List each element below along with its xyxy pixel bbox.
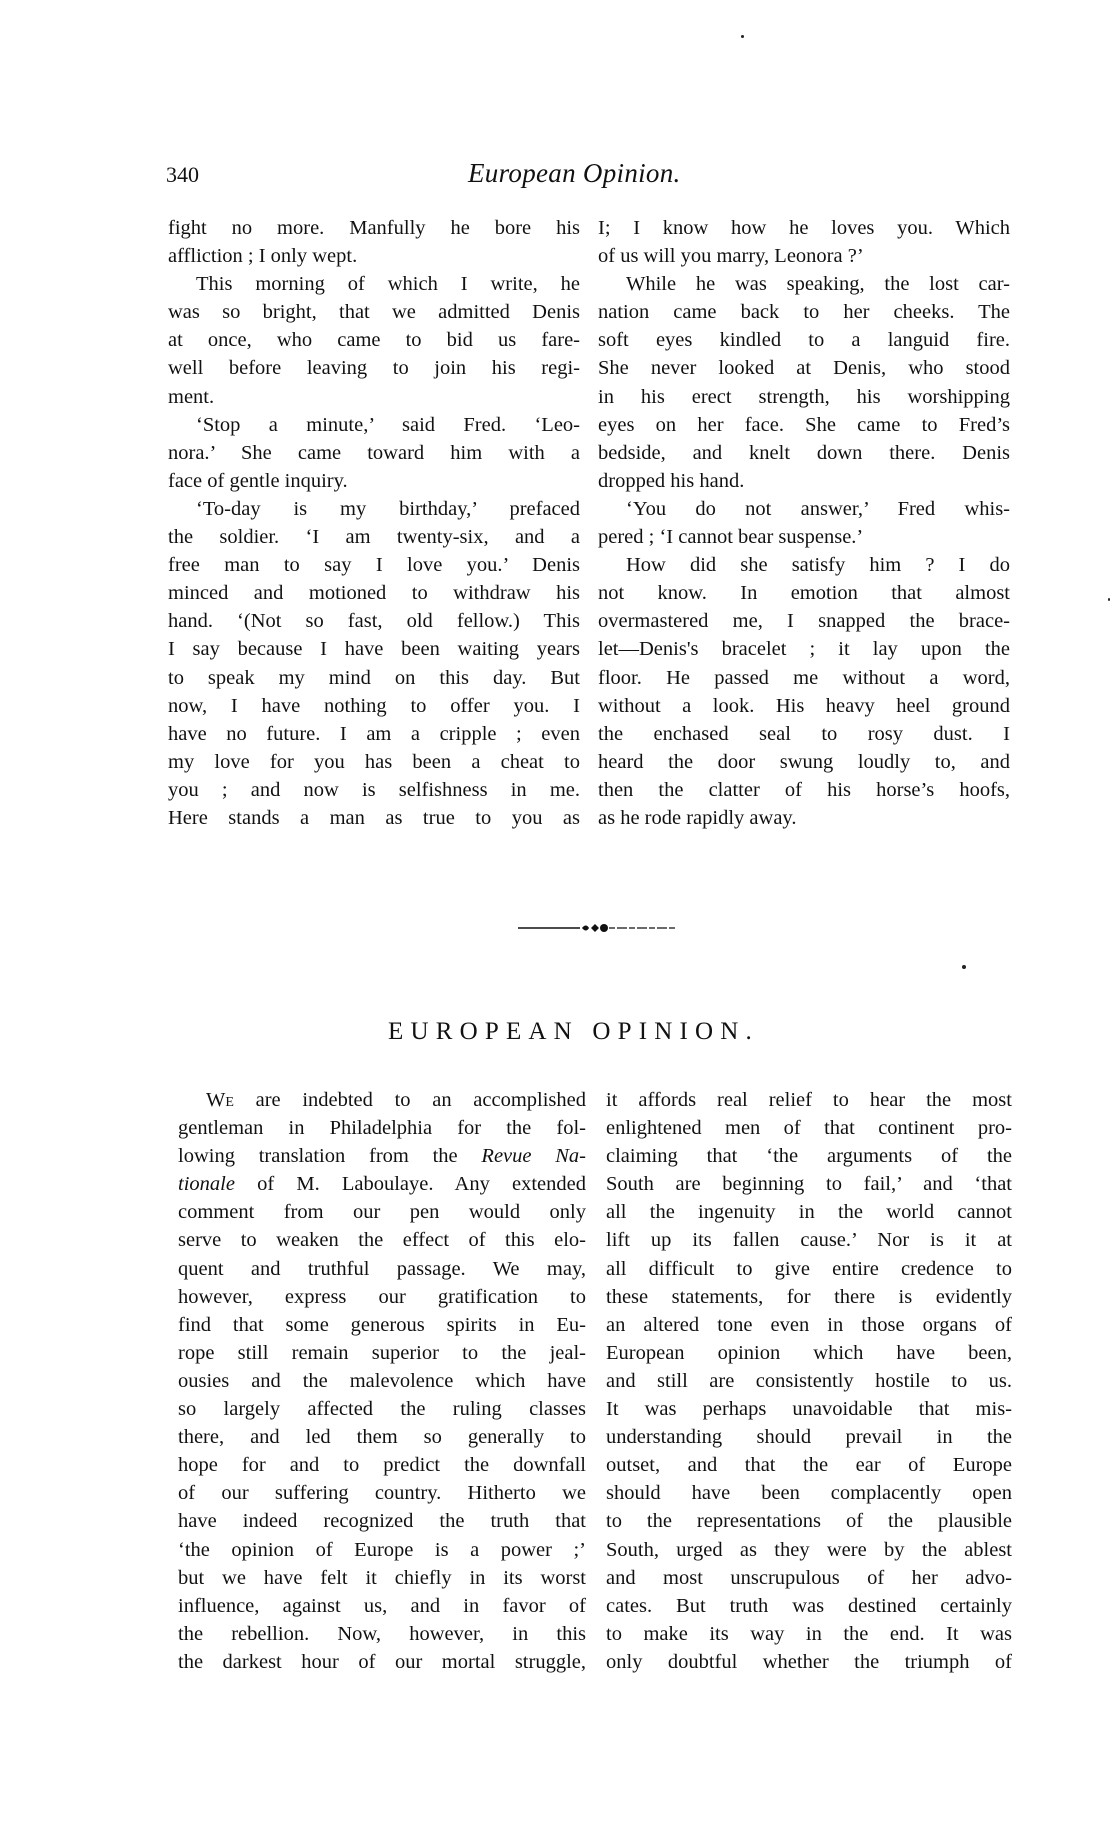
text-line: find that some generous spirits in Eu-: [178, 1311, 586, 1339]
text-line: the soldier. ‘I am twenty-six, and a: [168, 523, 580, 551]
text-line: face of gentle inquiry.: [168, 467, 580, 495]
text-segment: overmastered me, I snapped the brace-: [598, 610, 1010, 632]
text-segment: gentleman in Philadelphia for the fol-: [178, 1117, 586, 1139]
text-segment: outset, and that the ear of Europe: [606, 1454, 1012, 1476]
text-segment: you ; and now is selfishness in me.: [168, 779, 580, 801]
text-line: Here stands a man as true to you as: [168, 804, 580, 832]
text-line: only doubtful whether the triumph of: [606, 1648, 1012, 1676]
text-line: outset, and that the ear of Europe: [606, 1451, 1012, 1479]
text-line: South are beginning to fail,’ and ‘that: [606, 1170, 1012, 1198]
text-line: pered ; ‘I cannot bear suspense.’: [598, 523, 1010, 551]
text-line: well before leaving to join his regi-: [168, 354, 580, 382]
text-line: to speak my mind on this day. But: [168, 664, 580, 692]
text-segment: enlightened men of that continent pro-: [606, 1117, 1012, 1139]
text-segment: South, urged as they were by the ablest: [606, 1539, 1012, 1561]
text-line: to make its way in the end. It was: [606, 1620, 1012, 1648]
text-segment: find that some generous spirits in Eu-: [178, 1314, 586, 1336]
text-line: nora.’ She came toward him with a: [168, 439, 580, 467]
text-line: my love for you has been a cheat to: [168, 748, 580, 776]
text-segment: soft eyes kindled to a languid fire.: [598, 329, 1010, 351]
text-segment: lowing translation from the: [178, 1145, 481, 1167]
text-line: all difficult to give entire credence to: [606, 1255, 1012, 1283]
text-segment: the soldier. ‘I am twenty-six, and a: [168, 526, 580, 548]
text-line: dropped his hand.: [598, 467, 1010, 495]
text-segment: serve to weaken the effect of this elo-: [178, 1229, 586, 1251]
text-line: lowing translation from the Revue Na-: [178, 1142, 586, 1170]
text-line: minced and motioned to withdraw his: [168, 579, 580, 607]
text-segment: minced and motioned to withdraw his: [168, 582, 580, 604]
text-segment: hand. ‘(Not so fast, old fellow.) This: [168, 610, 580, 632]
text-line: the darkest hour of our mortal struggle,: [178, 1648, 586, 1676]
text-segment: not know. In emotion that almost: [598, 582, 1010, 604]
text-line: have no future. I am a cripple ; even: [168, 720, 580, 748]
text-line: hand. ‘(Not so fast, old fellow.) This: [168, 607, 580, 635]
running-title: European Opinion.: [468, 158, 681, 189]
text-segment: to the representations of the plausible: [606, 1510, 1012, 1532]
text-segment: face of gentle inquiry.: [168, 470, 348, 492]
text-line: eyes on her face. She came to Fred’s: [598, 411, 1010, 439]
text-segment: ‘You do not answer,’ Fred whis-: [626, 498, 1010, 520]
text-line: free man to say I love you.’ Denis: [168, 551, 580, 579]
text-segment: affliction ; I only wept.: [168, 245, 357, 267]
text-line: heard the door swung loudly to, and: [598, 748, 1010, 776]
text-line: South, urged as they were by the ablest: [606, 1536, 1012, 1564]
text-segment: floor. He passed me without a word,: [598, 667, 1010, 689]
text-line: ‘Stop a minute,’ said Fred. ‘Leo-: [168, 411, 580, 439]
text-line: then the clatter of his horse’s hoofs,: [598, 776, 1010, 804]
text-segment: in his erect strength, his worshipping: [598, 386, 1010, 408]
text-segment: pered ; ‘I cannot bear suspense.’: [598, 526, 863, 548]
text-segment: comment from our pen would only: [178, 1201, 586, 1223]
text-segment: without a look. His heavy heel ground: [598, 695, 1010, 717]
text-segment: my love for you has been a cheat to: [168, 751, 580, 773]
text-line: European opinion which have been,: [606, 1339, 1012, 1367]
text-line: but we have felt it chiefly in its worst: [178, 1564, 586, 1592]
text-segment: I say because I have been waiting years: [168, 638, 580, 660]
text-line: let—Denis's bracelet ; it lay upon the: [598, 635, 1010, 663]
text-line: not know. In emotion that almost: [598, 579, 1010, 607]
text-line: the rebellion. Now, however, in this: [178, 1620, 586, 1648]
text-line: of us will you marry, Leonora ?’: [598, 242, 1010, 270]
text-line: now, I have nothing to offer you. I: [168, 692, 580, 720]
text-segment: then the clatter of his horse’s hoofs,: [598, 779, 1010, 801]
italic-title: tionale: [178, 1173, 235, 1195]
text-line: at once, who came to bid us fare-: [168, 326, 580, 354]
text-line: I say because I have been waiting years: [168, 635, 580, 663]
text-segment: hope for and to predict the downfall: [178, 1454, 586, 1476]
text-line: It was perhaps unavoidable that mis-: [606, 1395, 1012, 1423]
italic-title: Revue Na-: [481, 1145, 586, 1167]
text-segment: of M. Laboulaye. Any extended: [235, 1173, 586, 1195]
text-segment: to make its way in the end. It was: [606, 1623, 1012, 1645]
text-line: lift up its fallen cause.’ Nor is it at: [606, 1226, 1012, 1254]
text-segment: of us will you marry, Leonora ?’: [598, 245, 864, 267]
text-segment: dropped his hand.: [598, 470, 744, 492]
text-segment: influence, against us, and in favor of: [178, 1595, 586, 1617]
text-segment: ment.: [168, 386, 214, 408]
text-line: ousies and the malevolence which have: [178, 1367, 586, 1395]
text-line: floor. He passed me without a word,: [598, 664, 1010, 692]
text-segment: free man to say I love you.’ Denis: [168, 554, 580, 576]
text-segment: was so bright, that we admitted Denis: [168, 301, 580, 323]
text-line: claiming that ‘the arguments of the: [606, 1142, 1012, 1170]
text-segment: have indeed recognized the truth that: [178, 1510, 586, 1532]
text-segment: lift up its fallen cause.’ Nor is it at: [606, 1229, 1012, 1251]
scan-speck: [962, 965, 966, 969]
text-line: fight no more. Manfully he bore his: [168, 214, 580, 242]
text-line: understanding should prevail in the: [606, 1423, 1012, 1451]
text-line: to the representations of the plausible: [606, 1507, 1012, 1535]
text-line: influence, against us, and in favor of: [178, 1592, 586, 1620]
text-line: soft eyes kindled to a languid fire.: [598, 326, 1010, 354]
text-segment: all difficult to give entire credence to: [606, 1258, 1012, 1280]
article-left-column: We are indebted to an accomplishedgentle…: [178, 1086, 586, 1676]
text-segment: at once, who came to bid us fare-: [168, 329, 580, 351]
text-line: the enchased seal to rosy dust. I: [598, 720, 1010, 748]
article-right-column: it affords real relief to hear the moste…: [606, 1086, 1012, 1676]
text-segment: have no future. I am a cripple ; even: [168, 723, 580, 745]
text-segment: let—Denis's bracelet ; it lay upon the: [598, 638, 1010, 660]
text-segment: so largely affected the ruling classes: [178, 1398, 586, 1420]
text-line: there, and led them so generally to: [178, 1423, 586, 1451]
text-segment: as he rode rapidly away.: [598, 807, 796, 829]
text-line: ‘To-day is my birthday,’ prefaced: [168, 495, 580, 523]
text-segment: bedside, and knelt down there. Denis: [598, 442, 1010, 464]
text-segment: to speak my mind on this day. But: [168, 667, 580, 689]
text-line: tionale of M. Laboulaye. Any extended: [178, 1170, 586, 1198]
text-line: nation came back to her cheeks. The: [598, 298, 1010, 326]
text-segment: fight no more. Manfully he bore his: [168, 217, 580, 239]
text-line: hope for and to predict the downfall: [178, 1451, 586, 1479]
text-segment: ousies and the malevolence which have: [178, 1370, 586, 1392]
text-line: comment from our pen would only: [178, 1198, 586, 1226]
text-line: in his erect strength, his worshipping: [598, 383, 1010, 411]
text-line: however, express our gratification to: [178, 1283, 586, 1311]
text-line: these statements, for there is evidently: [606, 1283, 1012, 1311]
text-line: you ; and now is selfishness in me.: [168, 776, 580, 804]
text-line: should have been complacently open: [606, 1479, 1012, 1507]
text-line: I; I know how he loves you. Which: [598, 214, 1010, 242]
text-segment: ‘To-day is my birthday,’ prefaced: [196, 498, 580, 520]
text-segment: eyes on her face. She came to Fred’s: [598, 414, 1010, 436]
text-line: How did she satisfy him ? I do: [598, 551, 1010, 579]
text-line: She never looked at Denis, who stood: [598, 354, 1010, 382]
text-segment: European opinion which have been,: [606, 1342, 1012, 1364]
text-line: as he rode rapidly away.: [598, 804, 1010, 832]
scan-speck: [1108, 598, 1110, 601]
text-segment: are indebted to an accomplished: [234, 1089, 586, 1111]
text-line: ment.: [168, 383, 580, 411]
text-segment: and still are consistently hostile to us…: [606, 1370, 1012, 1392]
text-segment: How did she satisfy him ? I do: [626, 554, 1010, 576]
section-divider-ornament: [518, 920, 676, 936]
text-segment: these statements, for there is evidently: [606, 1286, 1012, 1308]
article-title: EUROPEAN OPINION.: [388, 1018, 759, 1046]
text-line: of our suffering country. Hitherto we: [178, 1479, 586, 1507]
text-line: overmastered me, I snapped the brace-: [598, 607, 1010, 635]
text-line: have indeed recognized the truth that: [178, 1507, 586, 1535]
text-segment: all the ingenuity in the world cannot: [606, 1201, 1012, 1223]
text-segment: well before leaving to join his regi-: [168, 357, 580, 379]
scan-speck: [741, 35, 744, 38]
text-line: so largely affected the ruling classes: [178, 1395, 586, 1423]
text-segment: and most unscrupulous of her advo-: [606, 1567, 1012, 1589]
text-line: rope still remain superior to the jeal-: [178, 1339, 586, 1367]
text-line: serve to weaken the effect of this elo-: [178, 1226, 586, 1254]
text-segment: claiming that ‘the arguments of the: [606, 1145, 1012, 1167]
text-segment: an altered tone even in those organs of: [606, 1314, 1012, 1336]
text-line: This morning of which I write, he: [168, 270, 580, 298]
text-segment: the darkest hour of our mortal struggle,: [178, 1651, 586, 1673]
text-segment: heard the door swung loudly to, and: [598, 751, 1010, 773]
text-segment: the enchased seal to rosy dust. I: [598, 723, 1010, 745]
text-line: and still are consistently hostile to us…: [606, 1367, 1012, 1395]
text-segment: She never looked at Denis, who stood: [598, 357, 1010, 379]
text-segment: rope still remain superior to the jeal-: [178, 1342, 586, 1364]
text-segment: of our suffering country. Hitherto we: [178, 1482, 586, 1504]
previous-story-right-column: I; I know how he loves you. Whichof us w…: [598, 214, 1010, 832]
page-number: 340: [166, 162, 199, 188]
text-segment: ‘Stop a minute,’ said Fred. ‘Leo-: [196, 414, 580, 436]
text-segment: there, and led them so generally to: [178, 1426, 586, 1448]
text-line: We are indebted to an accomplished: [178, 1086, 586, 1114]
text-segment: but we have felt it chiefly in its worst: [178, 1567, 586, 1589]
text-segment: it affords real relief to hear the most: [606, 1089, 1012, 1111]
text-segment: This morning of which I write, he: [196, 273, 580, 295]
text-segment: South are beginning to fail,’ and ‘that: [606, 1173, 1012, 1195]
text-line: without a look. His heavy heel ground: [598, 692, 1010, 720]
text-segment: I; I know how he loves you. Which: [598, 217, 1010, 239]
text-segment: nora.’ She came toward him with a: [168, 442, 580, 464]
text-line: it affords real relief to hear the most: [606, 1086, 1012, 1114]
text-line: all the ingenuity in the world cannot: [606, 1198, 1012, 1226]
text-line: While he was speaking, the lost car-: [598, 270, 1010, 298]
text-line: quent and truthful passage. We may,: [178, 1255, 586, 1283]
text-segment: ‘the opinion of Europe is a power ;’: [178, 1539, 586, 1561]
text-segment: It was perhaps unavoidable that mis-: [606, 1398, 1012, 1420]
text-line: ‘You do not answer,’ Fred whis-: [598, 495, 1010, 523]
text-line: ‘the opinion of Europe is a power ;’: [178, 1536, 586, 1564]
text-segment: only doubtful whether the triumph of: [606, 1651, 1012, 1673]
text-segment: nation came back to her cheeks. The: [598, 301, 1010, 323]
text-segment: now, I have nothing to offer you. I: [168, 695, 580, 717]
text-segment: should have been complacently open: [606, 1482, 1012, 1504]
text-line: an altered tone even in those organs of: [606, 1311, 1012, 1339]
text-line: cates. But truth was destined certainly: [606, 1592, 1012, 1620]
text-segment: cates. But truth was destined certainly: [606, 1595, 1012, 1617]
text-line: gentleman in Philadelphia for the fol-: [178, 1114, 586, 1142]
previous-story-left-column: fight no more. Manfully he bore hisaffli…: [168, 214, 580, 832]
text-segment: Here stands a man as true to you as: [168, 807, 580, 829]
text-line: was so bright, that we admitted Denis: [168, 298, 580, 326]
text-segment: quent and truthful passage. We may,: [178, 1258, 586, 1280]
text-segment: however, express our gratification to: [178, 1286, 586, 1308]
ornament-icon: [518, 920, 676, 936]
text-line: affliction ; I only wept.: [168, 242, 580, 270]
text-segment: understanding should prevail in the: [606, 1426, 1012, 1448]
text-segment: While he was speaking, the lost car-: [626, 273, 1010, 295]
text-segment: the rebellion. Now, however, in this: [178, 1623, 586, 1645]
text-line: bedside, and knelt down there. Denis: [598, 439, 1010, 467]
text-line: enlightened men of that continent pro-: [606, 1114, 1012, 1142]
text-line: and most unscrupulous of her advo-: [606, 1564, 1012, 1592]
small-caps-opening: We: [206, 1089, 234, 1111]
